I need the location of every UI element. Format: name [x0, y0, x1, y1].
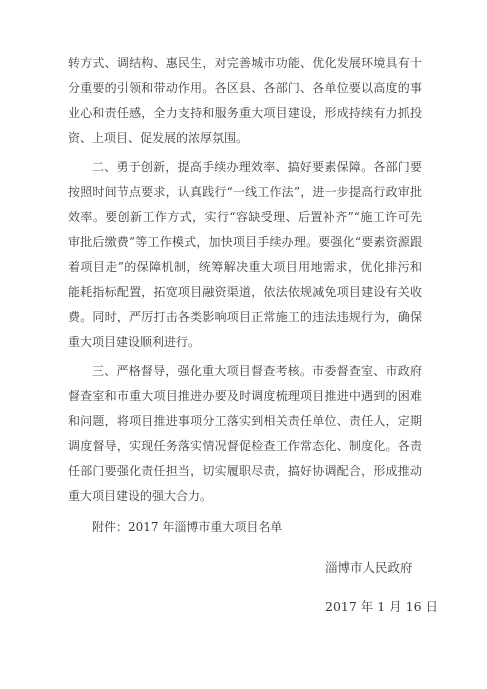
- paragraph-continuation: 转方式、调结构、惠民生，对完善城市功能、优化发展环境具有十分重要的引领和带动作用…: [68, 51, 422, 151]
- document-page: 转方式、调结构、惠民生，对完善城市功能、优化发展环境具有十分重要的引领和带动作用…: [0, 0, 487, 689]
- signature-issuer: 淄博市人民政府: [325, 560, 413, 575]
- paragraph-section-2: 二、勇于创新，提高手续办理效率、搞好要素保障。各部门要按照时间节点要求，认真践行…: [68, 155, 422, 355]
- attachment-line: 附件：2017 年淄博市重大项目名单: [68, 515, 422, 540]
- paragraph-section-3: 三、严格督导，强化重大项目督查考核。市委督查室、市政府督查室和市重大项目推进办要…: [68, 359, 422, 509]
- signature-date: 2017 年 1 月 16 日: [325, 599, 438, 614]
- document-body: 转方式、调结构、惠民生，对完善城市功能、优化发展环境具有十分重要的引领和带动作用…: [68, 51, 422, 544]
